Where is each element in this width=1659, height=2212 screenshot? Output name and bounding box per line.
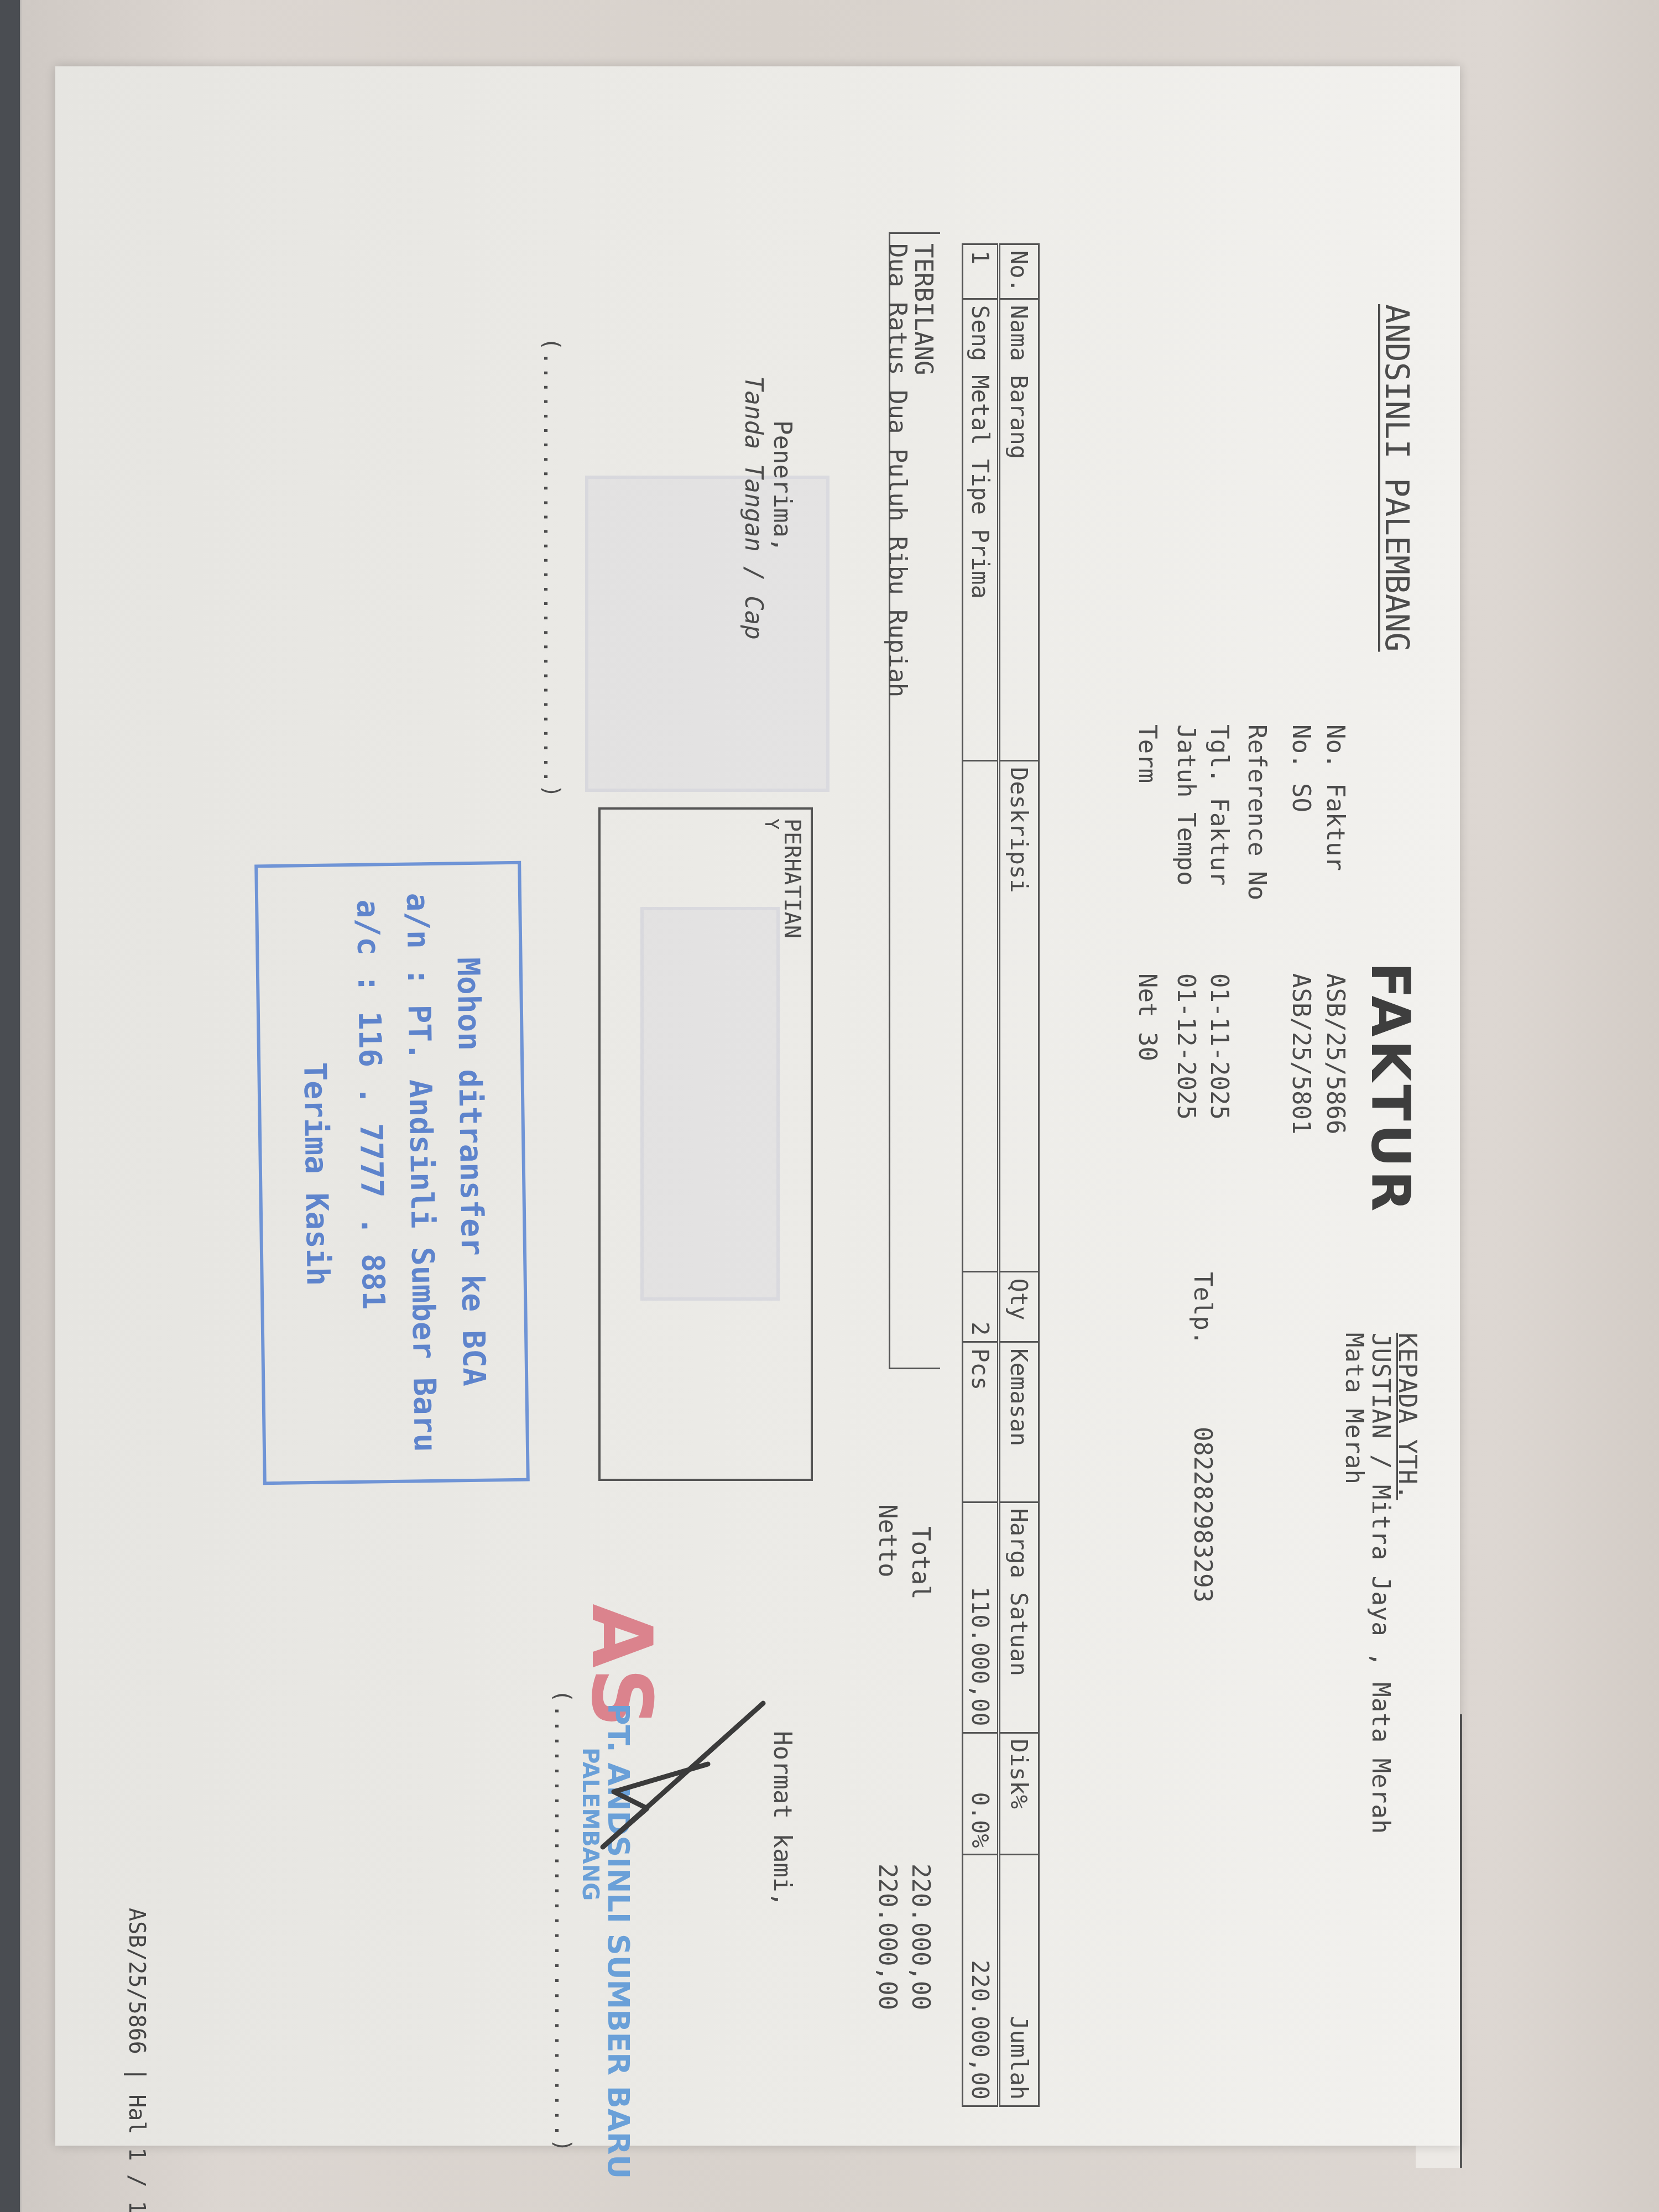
receiver-signature-line: (..............................)	[539, 337, 564, 799]
telp-value: 082282983293	[1188, 1427, 1217, 1603]
cell-jumlah: 220.000,00	[963, 1854, 999, 2106]
receiver-label: Penerima,	[768, 420, 796, 552]
terbilang-label: TERBILANG	[909, 243, 937, 375]
field-value-tgl-faktur: 01-11-2025	[1205, 973, 1233, 1120]
total-value: 220.000,00	[906, 1864, 935, 2010]
cell-no: 1	[963, 244, 999, 299]
recipient-label: KEPADA YTH.	[1393, 1333, 1421, 1500]
bank-stamp-line-1: Mohon ditransfer ke BCA	[448, 865, 493, 1479]
handwritten-signature	[553, 1681, 785, 1913]
notice-sub: Y	[760, 818, 782, 830]
items-table: No. Nama Barang Deskripsi Qty Kemasan Ha…	[962, 243, 1040, 2107]
col-header-jumlah: Jumlah	[999, 1854, 1039, 2106]
field-label-reference-no: Reference No	[1243, 724, 1271, 900]
bank-stamp-line-2: a/n : PT. Andsinli Sumber Baru	[399, 865, 443, 1480]
recipient-line-1: JUSTIAN / Mitra Jaya , Mata Merah	[1366, 1333, 1395, 1834]
field-value-jatuh-tempo: 01-12-2025	[1172, 973, 1200, 1120]
company-name: ANDSINLI PALEMBANG	[1378, 304, 1416, 652]
desk-edge	[0, 0, 20, 2212]
bank-transfer-stamp: Mohon ditransfer ke BCA a/n : PT. Andsin…	[254, 861, 530, 1485]
field-value-no-faktur: ASB/25/5866	[1321, 973, 1349, 1134]
field-label-term: Term	[1133, 724, 1161, 783]
terbilang-value: Dua Ratus Dua Puluh Ribu Rupiah	[883, 243, 911, 697]
cell-harga-satuan: 110.000,00	[963, 1502, 999, 1733]
cell-deskripsi	[963, 760, 999, 1272]
telp-label: Telp.	[1188, 1272, 1217, 1345]
page-reference: ASB/25/5866 | Hal 1 / 1	[124, 1908, 149, 2212]
invoice-document: ANDSINLI PALEMBANG FAKTUR KEPADA YTH. JU…	[55, 66, 1460, 2146]
col-header-harga-satuan: Harga Satuan	[999, 1502, 1039, 1733]
col-header-no: No.	[999, 244, 1039, 299]
field-value-no-so: ASB/25/5801	[1287, 973, 1315, 1134]
total-label: Total	[906, 1526, 935, 1599]
netto-value: 220.000,00	[873, 1864, 901, 2010]
cell-nama-barang: Seng Metal Tipe Prima	[963, 299, 999, 760]
table-header-row: No. Nama Barang Deskripsi Qty Kemasan Ha…	[999, 244, 1039, 2106]
table-row: 1 Seng Metal Tipe Prima 2 Pcs 110.000,00…	[963, 244, 999, 2106]
bank-stamp-line-3: a/c : 116 . 7777 . 881	[349, 866, 393, 1480]
col-header-deskripsi: Deskripsi	[999, 760, 1039, 1272]
cell-disk: 0.0%	[963, 1733, 999, 1854]
cell-kemasan: Pcs	[963, 1342, 999, 1502]
field-label-no-faktur: No. Faktur	[1321, 724, 1349, 871]
field-label-no-so: No. SO	[1287, 724, 1315, 812]
netto-label: Netto	[873, 1504, 901, 1577]
col-header-disk: Disk%	[999, 1733, 1039, 1854]
cell-qty: 2	[963, 1272, 999, 1342]
receiver-sublabel: Tanda Tangan / Cap	[739, 376, 768, 640]
recipient-line-2: Mata Merah	[1340, 1333, 1368, 1485]
col-header-qty: Qty	[999, 1272, 1039, 1342]
bank-stamp-line-4: Terima Kasih	[294, 867, 338, 1481]
field-label-jatuh-tempo: Jatuh Tempo	[1172, 724, 1200, 885]
document-title: FAKTUR	[1359, 962, 1421, 1215]
field-label-tgl-faktur: Tgl. Faktur	[1205, 724, 1233, 885]
col-header-nama-barang: Nama Barang	[999, 299, 1039, 760]
col-header-kemasan: Kemasan	[999, 1342, 1039, 1502]
field-value-term: Net 30	[1133, 973, 1161, 1061]
notice-label: PERHATIAN	[779, 818, 805, 938]
